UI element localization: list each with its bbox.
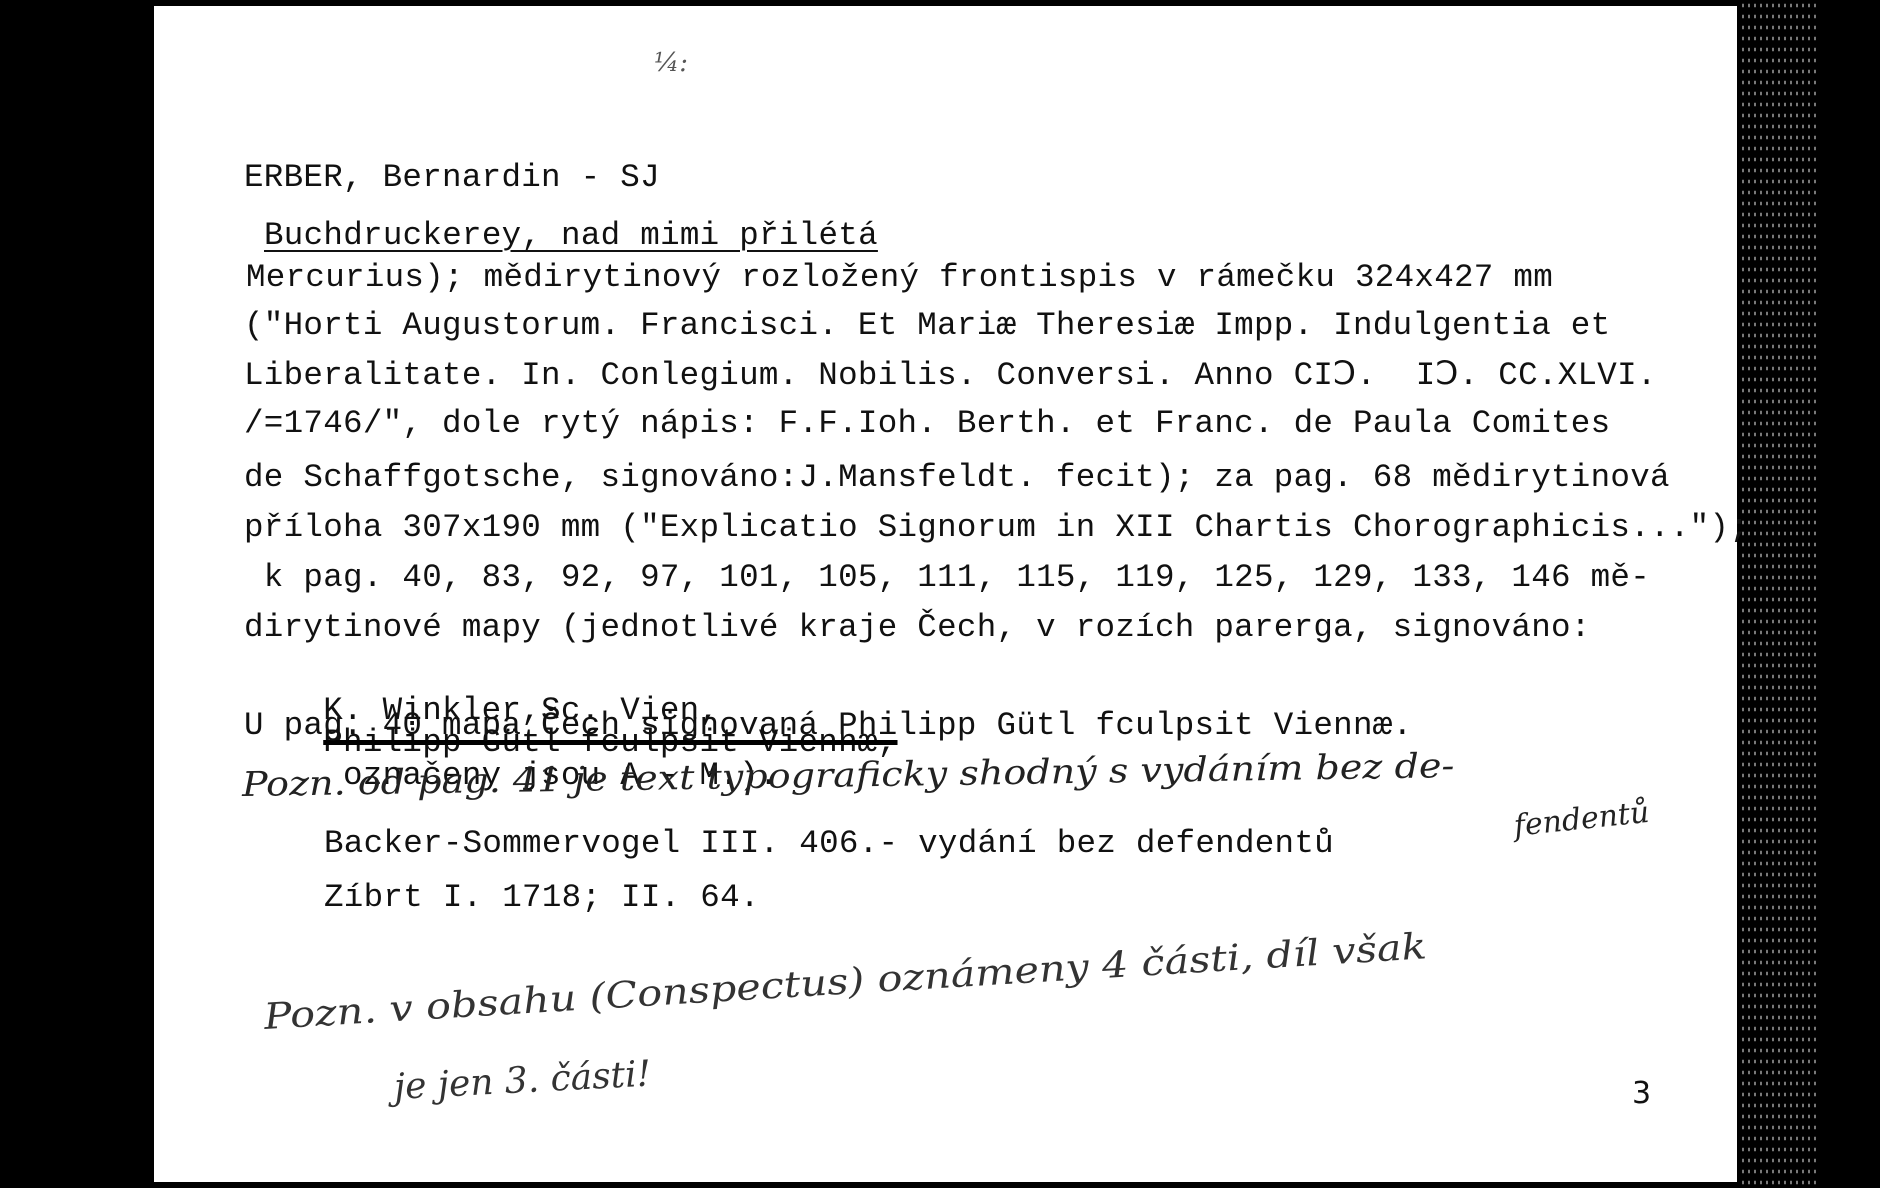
body-line-1: Mercurius); mědirytinový rozložený front… <box>246 262 1553 295</box>
title-line: Buchdruckerey, nad mimi přilétá <box>264 220 878 253</box>
scan-edge-noise <box>1740 0 1820 1188</box>
pencil-mark: ¼: <box>654 48 688 78</box>
reference-backer: Backer-Sommervogel III. 406.- vydání bez… <box>324 828 1334 861</box>
body-line-5: de Schaffgotsche, signováno:J.Mansfeldt.… <box>244 462 1670 495</box>
page-number: 3 <box>1632 1076 1651 1111</box>
body-line-10: U pag. 40 mapa Čech signovaná Philipp Gü… <box>244 710 1412 743</box>
body-line-4: /=1746/", dole rytý nápis: F.F.Ioh. Bert… <box>244 408 1610 441</box>
reference-zibrt: Zíbrt I. 1718; II. 64. <box>324 882 760 915</box>
body-line-7: k pag. 40, 83, 92, 97, 101, 105, 111, 11… <box>244 562 1650 595</box>
author-heading: ERBER, Bernardin - SJ <box>244 162 660 195</box>
body-line-3: Liberalitate. In. Conlegium. Nobilis. Co… <box>244 360 1657 393</box>
body-line-2: ("Horti Augustorum. Francisci. Et Mariæ … <box>244 310 1610 343</box>
body-line-8: dirytinové mapy (jednotlivé kraje Čech, … <box>244 612 1591 645</box>
body-line-6: příloha 307x190 mm ("Explicatio Signorum… <box>244 512 1749 545</box>
catalog-card: ¼: ERBER, Bernardin - SJ Buchdruckerey, … <box>154 6 1737 1182</box>
handwritten-note-2-line-1: Pozn. v obsahu (Conspectus) oznámeny 4 č… <box>263 929 1428 1036</box>
handwritten-note-2-line-2: je jen 3. části! <box>393 1057 652 1106</box>
handwritten-note-1-continuation: fendentů <box>1512 798 1650 842</box>
